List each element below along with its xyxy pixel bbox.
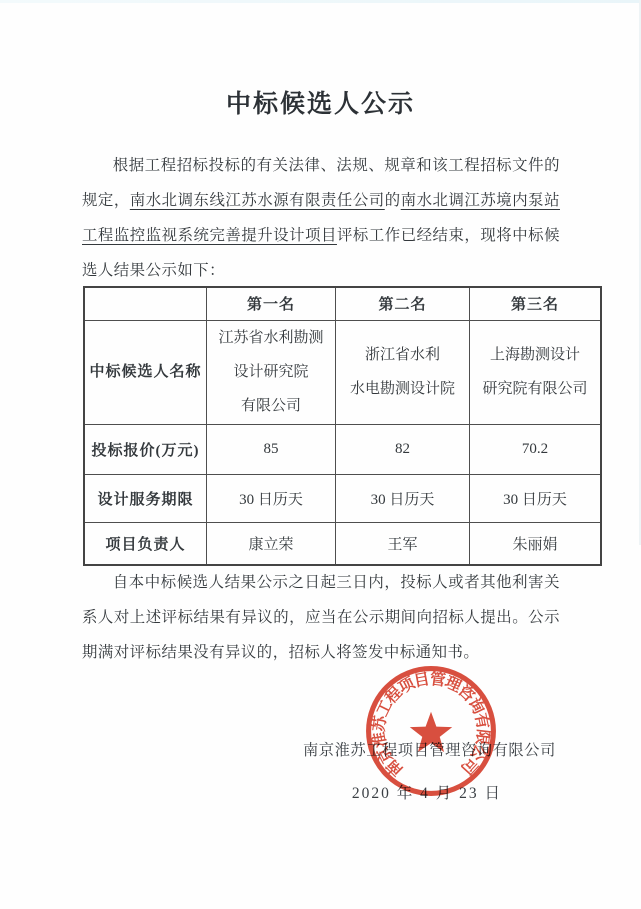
header-cell-first-place: 第一名	[207, 287, 336, 320]
intro-segment-3: 的	[385, 192, 401, 209]
service-term-2: 30 日历天	[336, 474, 470, 522]
bid-candidates-table: 第一名 第二名 第三名 中标候选人名称 江苏省水利勘测 设计研究院 有限公司 浙…	[83, 286, 602, 566]
bid-inviter-name-underlined: 南水北调东线江苏水源有限责任公司	[130, 192, 385, 209]
page-title: 中标候选人公示	[0, 84, 641, 120]
stamp-star-icon	[410, 712, 452, 752]
project-leader-3: 朱丽娟	[470, 522, 602, 565]
row-label-project-leader: 项目负责人	[84, 522, 207, 565]
row-label-candidate-names: 中标候选人名称	[84, 320, 207, 424]
header-cell-second-place: 第二名	[336, 287, 470, 320]
row-label-bid-price: 投标报价(万元)	[84, 424, 207, 474]
scan-artifact-top	[0, 0, 641, 3]
project-leader-1: 康立荣	[207, 522, 336, 565]
service-term-3: 30 日历天	[470, 474, 602, 522]
bid-price-3: 70.2	[470, 424, 602, 474]
bid-price-2: 82	[336, 424, 470, 474]
project-leader-2: 王军	[336, 522, 470, 565]
intro-paragraph: 根据工程招标投标的有关法律、法规、规章和该工程招标文件的规定，南水北调东线江苏水…	[82, 148, 560, 288]
header-cell-third-place: 第三名	[470, 287, 602, 320]
candidate-name-1: 江苏省水利勘测 设计研究院 有限公司	[207, 320, 336, 424]
company-seal-stamp: 南京淮苏工程项目管理咨询有限公司	[363, 663, 499, 799]
service-term-1: 30 日历天	[207, 474, 336, 522]
candidate-name-3: 上海勘测设计 研究院有限公司	[470, 320, 602, 424]
table-header-row: 第一名 第二名 第三名	[84, 287, 601, 320]
bid-price-1: 85	[207, 424, 336, 474]
table-row-candidate-names: 中标候选人名称 江苏省水利勘测 设计研究院 有限公司 浙江省水利 水电勘测设计院…	[84, 320, 601, 424]
header-cell-empty	[84, 287, 207, 320]
table-row-bid-price: 投标报价(万元) 85 82 70.2	[84, 424, 601, 474]
candidate-name-2: 浙江省水利 水电勘测设计院	[336, 320, 470, 424]
document-page: 中标候选人公示 根据工程招标投标的有关法律、法规、规章和该工程招标文件的规定，南…	[0, 0, 641, 909]
table-row-service-term: 设计服务期限 30 日历天 30 日历天 30 日历天	[84, 474, 601, 522]
row-label-service-term: 设计服务期限	[84, 474, 207, 522]
closing-paragraph: 自本中标候选人结果公示之日起三日内，投标人或者其他利害关系人对上述评标结果有异议…	[82, 565, 560, 670]
table-row-project-leader: 项目负责人 康立荣 王军 朱丽娟	[84, 522, 601, 565]
